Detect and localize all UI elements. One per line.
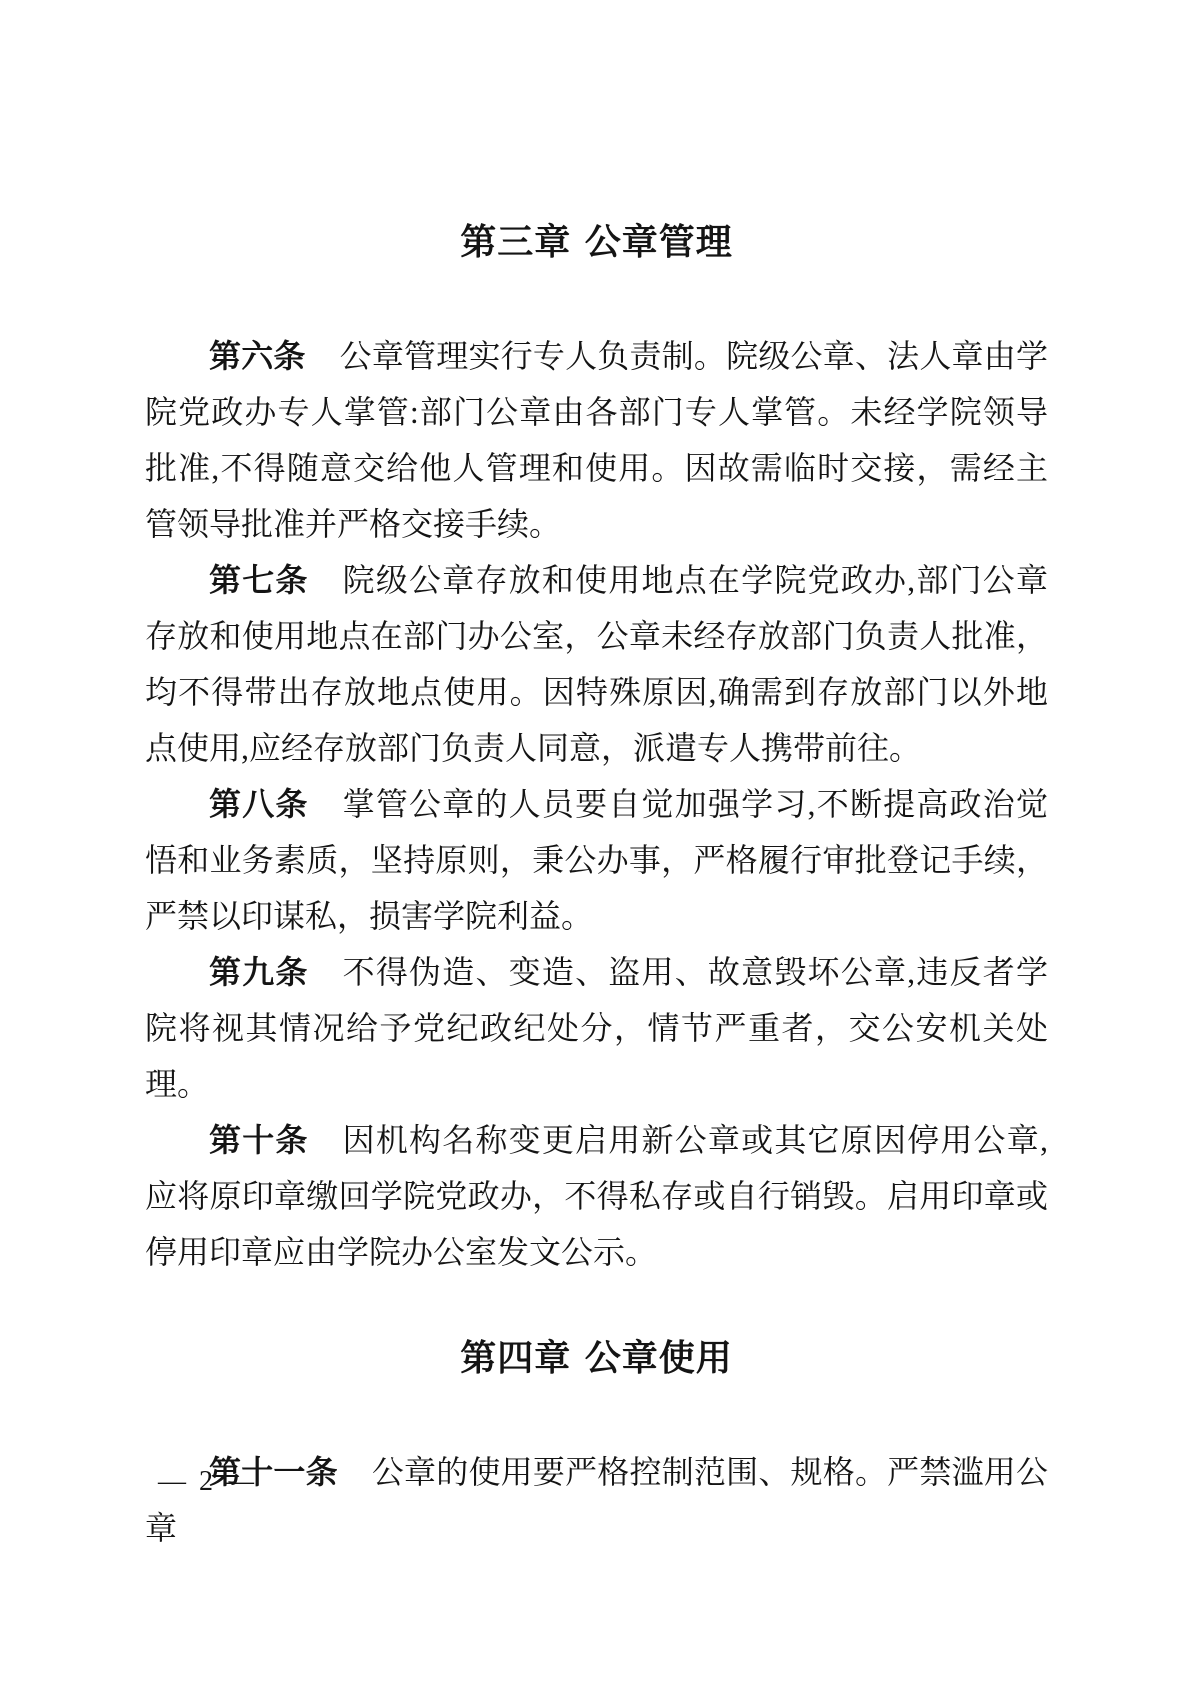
page-content: 第三章 公章管理 第六条公章管理实行专人负责制。院级公章、法人章由学院党政办专人… — [145, 0, 1048, 1556]
article-9: 第九条不得伪造、变造、盗用、故意毁坏公章,违反者学院将视其情况给予党纪政纪处分，… — [145, 944, 1048, 1112]
article-6: 第六条公章管理实行专人负责制。院级公章、法人章由学院党政办专人掌管:部门公章由各… — [145, 328, 1048, 552]
page-number: — 2 — — [158, 1462, 257, 1502]
article-10-number: 第十条 — [209, 1121, 309, 1159]
chapter-heading-seal-management: 第三章 公章管理 — [145, 215, 1048, 271]
chapter-heading-seal-usage: 第四章 公章使用 — [145, 1331, 1048, 1387]
article-6-number: 第六条 — [209, 337, 306, 375]
document-page: 第三章 公章管理 第六条公章管理实行专人负责制。院级公章、法人章由学院党政办专人… — [0, 0, 1191, 1684]
article-7-number: 第七条 — [209, 561, 309, 599]
article-9-number: 第九条 — [209, 953, 309, 991]
article-8-number: 第八条 — [209, 785, 309, 823]
article-11: 第十一条公章的使用要严格控制范围、规格。严禁滥用公章 — [145, 1444, 1048, 1556]
article-10: 第十条因机构名称变更启用新公章或其它原因停用公章,应将原印章缴回学院党政办，不得… — [145, 1112, 1048, 1280]
article-8: 第八条掌管公章的人员要自觉加强学习,不断提高政治觉悟和业务素质，坚持原则，秉公办… — [145, 776, 1048, 944]
article-7: 第七条院级公章存放和使用地点在学院党政办,部门公章存放和使用地点在部门办公室，公… — [145, 552, 1048, 776]
